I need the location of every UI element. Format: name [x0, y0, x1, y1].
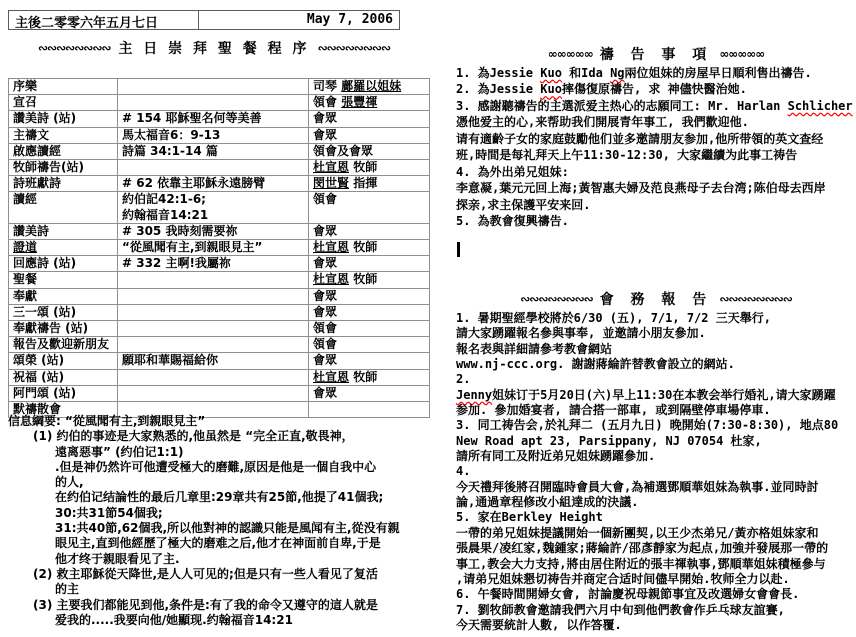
prayer-line: 探亲,求主保護平安来回.: [456, 197, 856, 213]
outline-line: 30:共31節54個我;: [55, 506, 438, 521]
outline-line: .但是神仍然许可他遭受極大的磨難,原因是他是一個自我中心: [55, 460, 438, 475]
outline-line: 遠离惡事” (约伯记1:1): [55, 445, 438, 460]
report-line: Jenny姐妹订于5月20日(六)早上11:30在本教会举行婚礼,请大家踴躍: [456, 388, 856, 403]
program-row: 序樂司琴 鄺羅以姐妹: [9, 79, 430, 95]
worship-program-table: 序樂司琴 鄺羅以姐妹宣召領會 張豐禈讚美詩 (站)# 154 耶穌聖名何等美善會…: [8, 78, 430, 418]
program-row: 證道“從風聞有主,到親眼見主”杜宣恩 牧師: [9, 240, 430, 256]
program-item: 回應詩 (站): [9, 256, 118, 272]
outline-line: (2) 救主耶穌從天降世,是人人可见的;但是只有一些人看见了复活: [33, 567, 438, 582]
report-line: 一帶的弟兄姐妹提議開始一個新團契,以王少杰弟兄/黃亦格姐妹家和: [456, 526, 856, 541]
report-line: 請大家踴躍報名參與事奉, 並邀請小朋友參加.: [456, 326, 856, 341]
outline-line: 的人,: [55, 475, 438, 490]
report-title: 會 務 報 告: [600, 292, 713, 308]
program-item: 讀經: [9, 192, 118, 223]
program-item: 奉獻禱告 (站): [9, 321, 118, 337]
program-detail: # 332 主啊!我屬祢: [118, 256, 309, 272]
program-who: 會眾: [309, 111, 430, 127]
program-detail: [118, 304, 309, 320]
report-title-row: ∾∾∾∾∾∾∾∾會 務 報 告∾∾∾∾∾∾∾∾: [456, 289, 856, 309]
program-row: 祝福 (站)杜宣恩 牧師: [9, 369, 430, 385]
prayer-title: 禱 告 事 項: [600, 47, 713, 63]
program-who: 會眾: [309, 353, 430, 369]
program-item: 主禱文: [9, 127, 118, 143]
report-line: 張晨果/凌红家,魏鍾家;蔣綸許/邵彥靜家为起点,加強并發展那一帶的: [456, 541, 856, 556]
program-detail: [118, 385, 309, 401]
program-item: 頌榮 (站): [9, 353, 118, 369]
report-line: 2.: [456, 372, 856, 387]
program-who: 會眾: [309, 256, 430, 272]
program-who: 會眾: [309, 385, 430, 401]
report-ornament-left-icon: ∾∾∾∾∾∾∾∾: [520, 292, 592, 306]
worship-title: 主 日 崇 拜 聖 餐 程 序: [118, 41, 309, 57]
program-who: 領會: [309, 337, 430, 353]
program-row: 聖餐杜宣恩 牧師: [9, 272, 430, 288]
outline-line: 爱我的.....我要向他/她顯现.约翰福音14:21: [55, 613, 438, 628]
program-row: 牧師禱告(站)杜宣恩 牧師: [9, 160, 430, 176]
program-detail: 詩篇 34:1-14 篇: [118, 143, 309, 159]
report-line: ,请弟兄姐妹懇切祷告并商定合适时间儘早開始.牧师全力以赴.: [456, 572, 856, 587]
ornament-right-icon: ∾∾∾∾∾∾∾∾: [318, 41, 390, 55]
program-who: 領會及會眾: [309, 143, 430, 159]
program-who: 杜宣恩 牧師: [309, 369, 430, 385]
date-english: May 7, 2006: [199, 11, 399, 29]
prayer-line: 4. 為外出弟兄姐妹:: [456, 164, 856, 180]
program-row: 回應詩 (站)# 332 主啊!我屬祢會眾: [9, 256, 430, 272]
program-who: 會眾: [309, 223, 430, 239]
program-detail: # 154 耶穌聖名何等美善: [118, 111, 309, 127]
program-row: 三一頌 (站)會眾: [9, 304, 430, 320]
report-line: 1. 暑期聖經學校將於6/30 (五), 7/1, 7/2 三天舉行,: [456, 311, 856, 326]
report-line: 4.: [456, 464, 856, 479]
text-cursor: [457, 242, 460, 257]
program-row: 奉獻會眾: [9, 288, 430, 304]
report-line: 今天需要統計人數, 以作答覆.: [456, 618, 856, 633]
ornament-left-icon: ∾∾∾∾∾∾∾∾: [38, 41, 110, 55]
program-row: 啟應讀經詩篇 34:1-14 篇領會及會眾: [9, 143, 430, 159]
report-line: 3. 同工祷告会,於礼拜二 (五月九日) 晚開始(7:30-8:30), 地点8…: [456, 418, 856, 433]
worship-title-row: ∾∾∾∾∾∾∾∾主 日 崇 拜 聖 餐 程 序∾∾∾∾∾∾∾∾: [8, 38, 420, 58]
program-item: 讚美詩 (站): [9, 111, 118, 127]
program-item: 宣召: [9, 95, 118, 111]
program-row: 讀經約伯記42:1-6; 約翰福音14:21領會: [9, 192, 430, 223]
report-ornament-right-icon: ∾∾∾∾∾∾∾∾: [719, 292, 791, 306]
report-line: 5. 家在Berkley Height: [456, 510, 856, 525]
program-row: 頌榮 (站)願耶和華賜福給你會眾: [9, 353, 430, 369]
outline-line: 信息綱要: “從風聞有主,到親眼見主”: [8, 414, 438, 429]
program-item: 阿門頌 (站): [9, 385, 118, 401]
report-line: 請所有同工及附近弟兄姐妹踴躍參加.: [456, 449, 856, 464]
program-detail: [118, 321, 309, 337]
prayer-line: 3. 感謝聽禱告的主選派爱主热心的志願同工: Mr. Harlan Schlic…: [456, 98, 856, 114]
report-items: 1. 暑期聖經學校將於6/30 (五), 7/1, 7/2 三天舉行,請大家踴躍…: [456, 311, 856, 633]
program-row: 奉獻禱告 (站)領會: [9, 321, 430, 337]
program-row: 詩班獻詩# 62 依靠主耶穌永遠膀臂閔世賢 指揮: [9, 176, 430, 192]
program-detail: “從風聞有主,到親眼見主”: [118, 240, 309, 256]
outline-line: 31:共40節,62個我,所以他對神的認識只能是風闻有主,從没有親: [55, 521, 438, 536]
prayer-title-row: ∞∞∞∞∞禱 告 事 項∞∞∞∞∞: [456, 44, 856, 64]
prayer-items: 1. 為Jessie Kuo 和Ida Ng兩位姐妹的房屋早日順利售出禱告.2.…: [456, 65, 856, 230]
prayer-ornament-left-icon: ∞∞∞∞∞: [548, 47, 593, 61]
date-header: 主後二零零六年五月七日 May 7, 2006: [8, 10, 400, 30]
report-line: 6. 午餐時間開婦女會, 討論慶祝母親節事宜及改選婦女會會長.: [456, 587, 856, 602]
program-detail: [118, 79, 309, 95]
prayer-line: 2. 為Jessie Kuo摔傷復原禱告, 求 神儘快醫治她.: [456, 81, 856, 97]
program-detail: [118, 95, 309, 111]
report-line: 事工,教会大力支持,將由居住附近的張丰禈執事,鄧順華姐妹積極參与: [456, 557, 856, 572]
program-who: 會眾: [309, 127, 430, 143]
report-line: New Road apt 23, Parsippany, NJ 07054 杜家…: [456, 434, 856, 449]
date-chinese: 主後二零零六年五月七日: [9, 11, 199, 29]
program-who: 會眾: [309, 288, 430, 304]
program-who: 領會: [309, 192, 430, 223]
report-line: 今天禮拜後將召開臨時會員大會,為補選鄧順華姐妹為執事.並同時討: [456, 480, 856, 495]
report-line: 参加. 參加婚宴者, 請合搭一部車, 或到隔壁停車場停車.: [456, 403, 856, 418]
outline-line: 他才终于親眼看见了主.: [55, 552, 438, 567]
program-item: 詩班獻詩: [9, 176, 118, 192]
program-item: 三一頌 (站): [9, 304, 118, 320]
outline-line: 的主: [55, 582, 438, 597]
program-item: 序樂: [9, 79, 118, 95]
program-item: 聖餐: [9, 272, 118, 288]
program-detail: 馬太福音6：9-13: [118, 127, 309, 143]
prayer-line: 憑他爱主的心,来帮助我们開展青年事工, 我們歡迎他.: [456, 114, 856, 130]
program-who: 杜宣恩 牧師: [309, 160, 430, 176]
program-who: 司琴 鄺羅以姐妹: [309, 79, 430, 95]
prayer-ornament-right-icon: ∞∞∞∞∞: [719, 47, 764, 61]
program-who: 杜宣恩 牧師: [309, 272, 430, 288]
program-detail: [118, 160, 309, 176]
report-line: www.nj-ccc.org. 謝謝蔣綸許替教會設立的網站.: [456, 357, 856, 372]
program-who: 領會 張豐禈: [309, 95, 430, 111]
program-item: 祝福 (站): [9, 369, 118, 385]
program-detail: [118, 288, 309, 304]
prayer-line: 1. 為Jessie Kuo 和Ida Ng兩位姐妹的房屋早日順利售出禱告.: [456, 65, 856, 81]
program-detail: # 62 依靠主耶穌永遠膀臂: [118, 176, 309, 192]
outline-line: 在约伯记结論性的最后几章里:29章共有25節,他提了41個我;: [55, 490, 438, 505]
program-detail: [118, 272, 309, 288]
program-row: 報告及歡迎新朋友領會: [9, 337, 430, 353]
program-row: 讚美詩 (站)# 154 耶穌聖名何等美善會眾: [9, 111, 430, 127]
program-who: 領會: [309, 321, 430, 337]
outline-line: 眼见主,直到他經歷了極大的磨难之后,他才在神面前自卑,于是: [55, 536, 438, 551]
program-item: 啟應讀經: [9, 143, 118, 159]
outline-line: (3) 主要我们都能见到他,条件是:有了我的命令又遵守的這人就是: [33, 598, 438, 613]
program-detail: # 305 我時刻需要祢: [118, 223, 309, 239]
program-who: 閔世賢 指揮: [309, 176, 430, 192]
program-item: 報告及歡迎新朋友: [9, 337, 118, 353]
program-detail: [118, 337, 309, 353]
prayer-line: 班,時間是每礼拜天上午11:30-12:30, 大家繼續为此事工祷告: [456, 147, 856, 163]
prayer-line: 5. 為教會復興禱告.: [456, 213, 856, 229]
program-item: 奉獻: [9, 288, 118, 304]
program-item: 讚美詩: [9, 223, 118, 239]
bulletin-page: 主後二零零六年五月七日 May 7, 2006 ∾∾∾∾∾∾∾∾主 日 崇 拜 …: [0, 0, 856, 637]
program-who: 會眾: [309, 304, 430, 320]
program-item: 牧師禱告(站): [9, 160, 118, 176]
program-row: 讚美詩# 305 我時刻需要祢會眾: [9, 223, 430, 239]
outline-line: (1) 约伯的事迹是大家熟悉的,他虽然是 “完全正直,敬畏神，: [33, 429, 438, 444]
sermon-outline: 信息綱要: “從風聞有主,到親眼見主”(1) 约伯的事迹是大家熟悉的,他虽然是 …: [8, 414, 438, 628]
program-row: 宣召領會 張豐禈: [9, 95, 430, 111]
program-who: 杜宣恩 牧師: [309, 240, 430, 256]
program-detail: 願耶和華賜福給你: [118, 353, 309, 369]
prayer-line: 李意凝,葉元元回上海;黃智惠夫婦及范良燕母子去台湾;陈伯母去西岸: [456, 180, 856, 196]
prayer-line: 请有適齡子女的家庭鼓勵他们並多邀請朋友参加,他所带領的英文查经: [456, 131, 856, 147]
report-line: 論,通過章程修改小組達成的決議.: [456, 495, 856, 510]
program-row: 阿門頌 (站)會眾: [9, 385, 430, 401]
program-detail: [118, 369, 309, 385]
program-detail: 約伯記42:1-6; 約翰福音14:21: [118, 192, 309, 223]
program-row: 主禱文馬太福音6：9-13會眾: [9, 127, 430, 143]
report-line: 7. 劉牧師教會邀請我們六月中旬到他們教會作乒乓球友誼賽,: [456, 603, 856, 618]
program-item: 證道: [9, 240, 118, 256]
report-line: 報名表與詳細請參考教會網站: [456, 342, 856, 357]
